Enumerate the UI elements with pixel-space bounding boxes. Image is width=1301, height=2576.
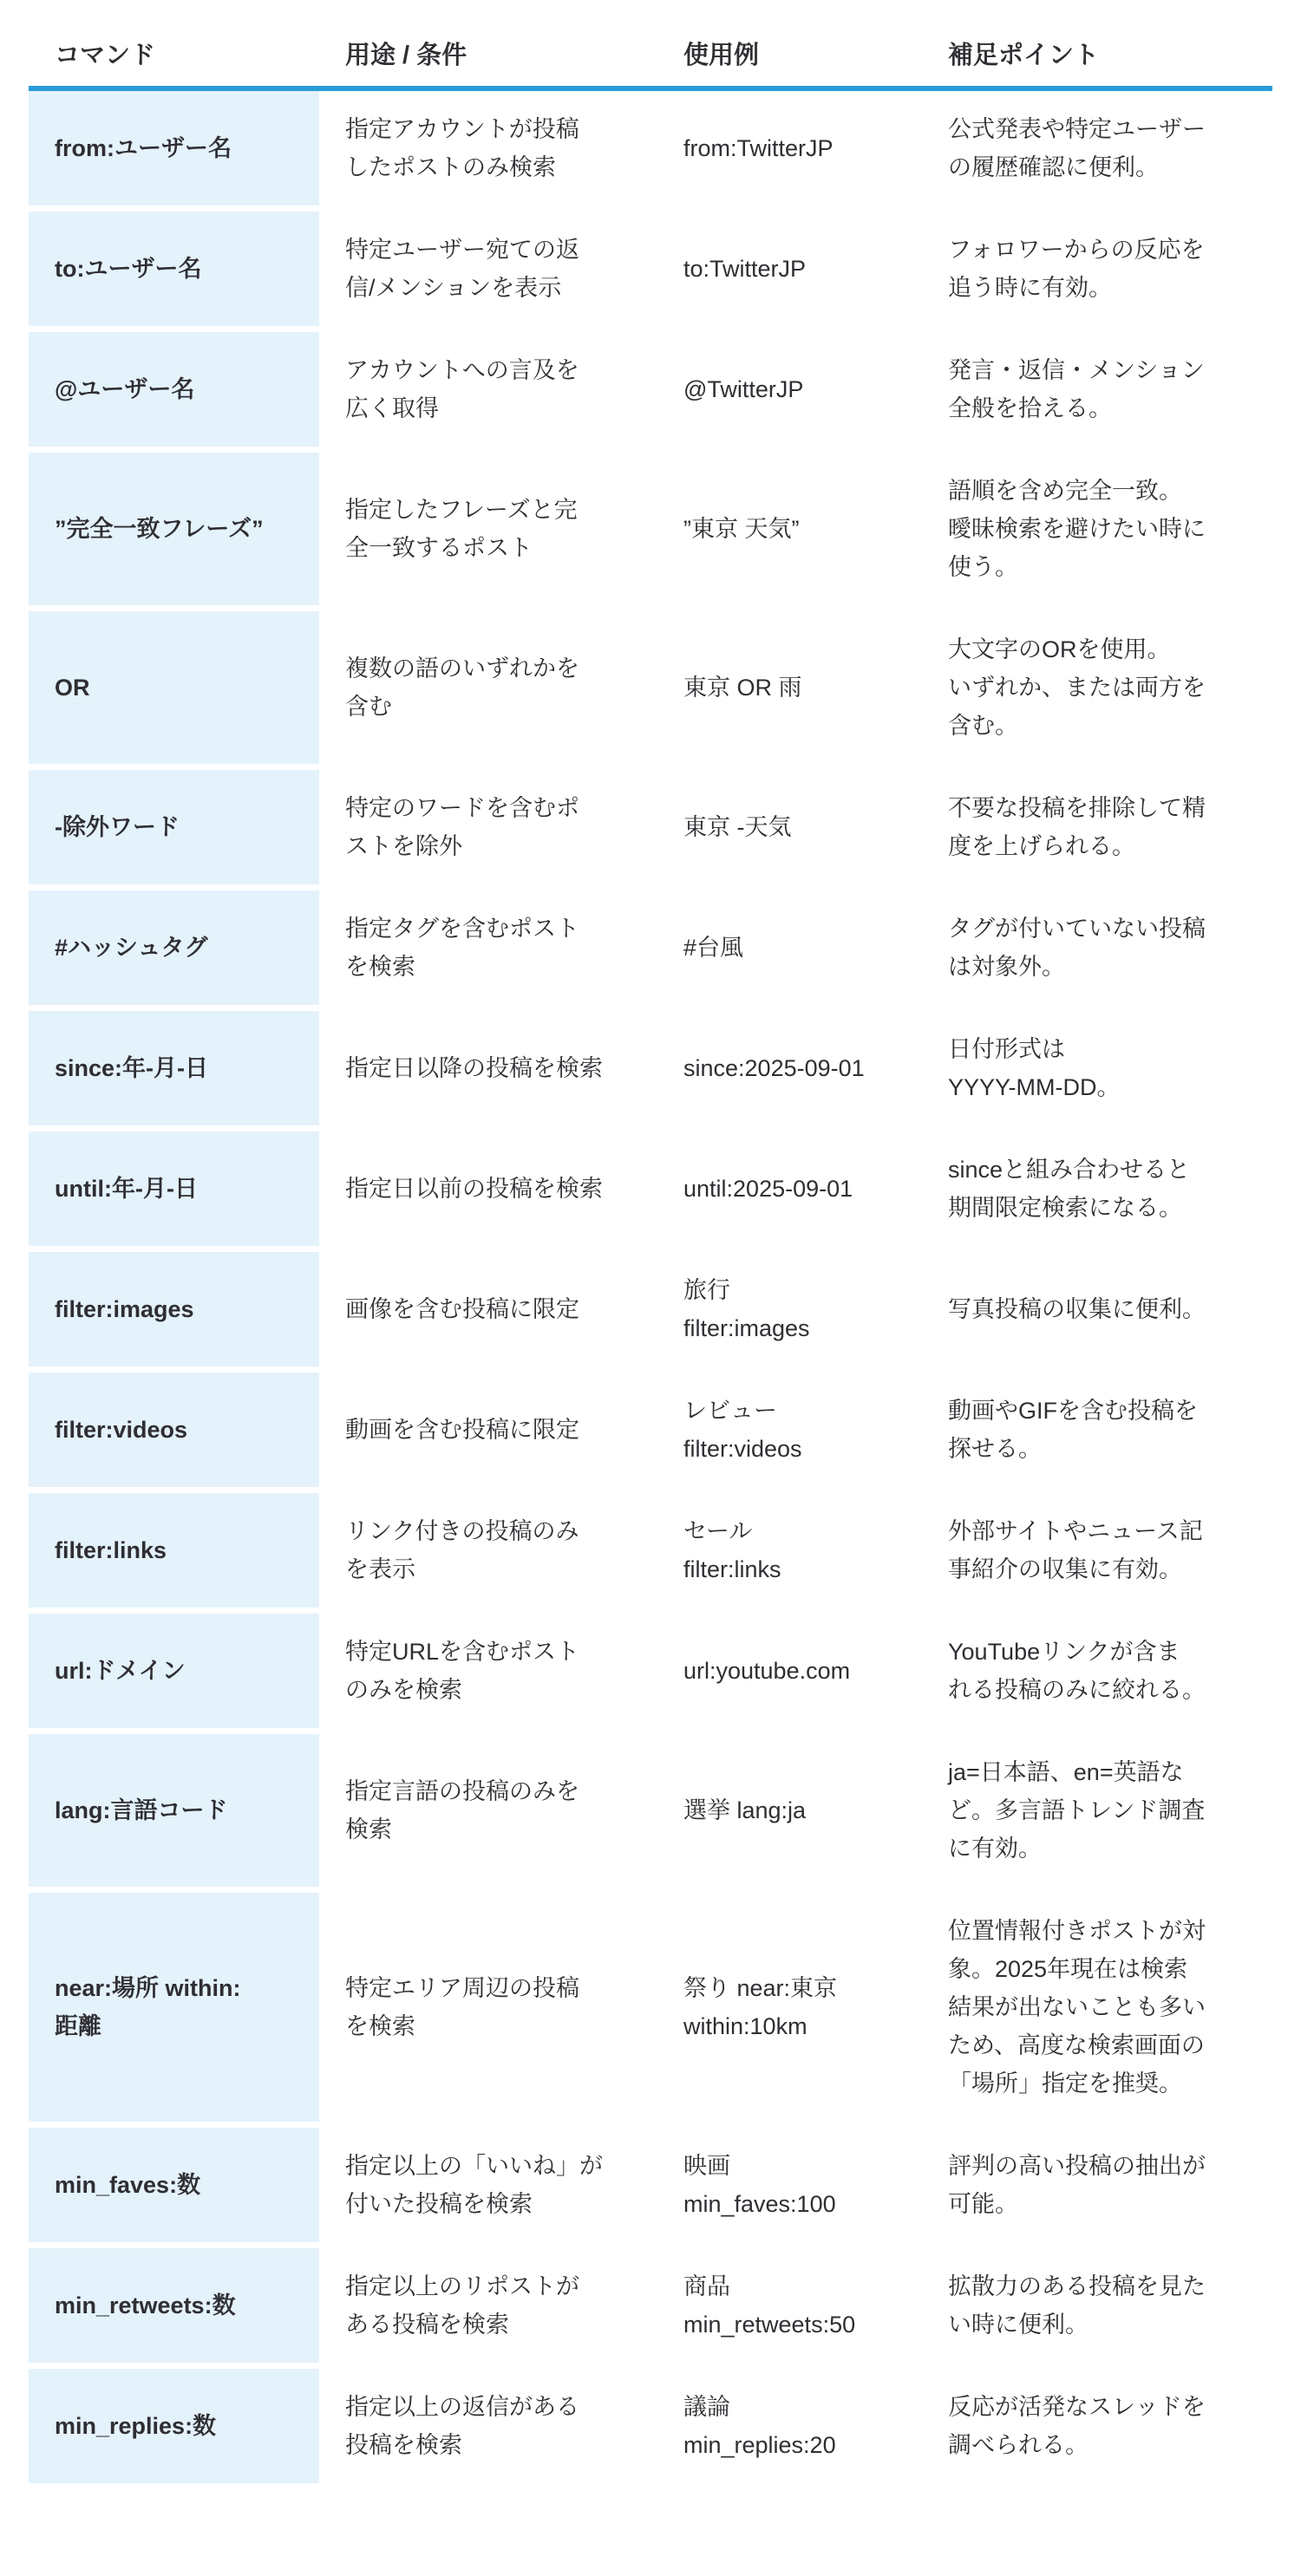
table-row: min_faves:数 指定以上の「いいね」が 付いた投稿を検索 映画 min_… (29, 2125, 1272, 2246)
table-row: -除外ワード 特定のワードを含むポ ストを除外 東京 -天気 不要な投稿を排除し… (29, 767, 1272, 888)
usage-cell: 特定ユーザー宛ての返 信/メンションを表示 (319, 209, 657, 329)
example-cell: 商品 min_retweets:50 (657, 2246, 922, 2366)
note-cell: 評判の高い投稿の抽出が 可能。 (922, 2125, 1272, 2246)
usage-cell: 指定タグを含むポスト を検索 (319, 888, 657, 1008)
example-cell: レビュー filter:videos (657, 1370, 922, 1490)
usage-cell: 特定のワードを含むポ ストを除外 (319, 767, 657, 888)
usage-cell: 指定日以前の投稿を検索 (319, 1129, 657, 1249)
usage-cell: 特定エリア周辺の投稿 を検索 (319, 1890, 657, 2125)
table-row: from:ユーザー名 指定アカウントが投稿 したポストのみ検索 from:Twi… (29, 88, 1272, 209)
example-cell: ”東京 天気” (657, 450, 922, 609)
table-row: filter:images 画像を含む投稿に限定 旅行 filter:image… (29, 1249, 1272, 1370)
command-cell: OR (29, 609, 319, 767)
command-cell: min_replies:数 (29, 2366, 319, 2487)
command-cell: #ハッシュタグ (29, 888, 319, 1008)
example-cell: セール filter:links (657, 1490, 922, 1611)
table-row: url:ドメイン 特定URLを含むポスト のみを検索 url:youtube.c… (29, 1611, 1272, 1731)
header-example: 使用例 (657, 0, 922, 88)
note-cell: 大文字のORを使用。 いずれか、または両方を 含む。 (922, 609, 1272, 767)
table-header: コマンド 用途 / 条件 使用例 補足ポイント (29, 0, 1272, 88)
command-cell: filter:videos (29, 1370, 319, 1490)
table-row: @ユーザー名 アカウントへの言及を 広く取得 @TwitterJP 発言・返信・… (29, 329, 1272, 450)
note-cell: フォロワーからの反応を 追う時に有効。 (922, 209, 1272, 329)
usage-cell: 指定以上の返信がある 投稿を検索 (319, 2366, 657, 2487)
command-cell: lang:言語コード (29, 1731, 319, 1890)
note-cell: 外部サイトやニュース記 事紹介の収集に有効。 (922, 1490, 1272, 1611)
example-cell: #台風 (657, 888, 922, 1008)
example-cell: 旅行 filter:images (657, 1249, 922, 1370)
usage-cell: 指定アカウントが投稿 したポストのみ検索 (319, 88, 657, 209)
command-cell: @ユーザー名 (29, 329, 319, 450)
note-cell: 位置情報付きポストが対 象。2025年現在は検索 結果が出ないことも多い ため、… (922, 1890, 1272, 2125)
command-cell: -除外ワード (29, 767, 319, 888)
table-row: filter:videos 動画を含む投稿に限定 レビュー filter:vid… (29, 1370, 1272, 1490)
usage-cell: 指定したフレーズと完 全一致するポスト (319, 450, 657, 609)
header-row: コマンド 用途 / 条件 使用例 補足ポイント (29, 0, 1272, 88)
note-cell: 公式発表や特定ユーザー の履歴確認に便利。 (922, 88, 1272, 209)
header-command: コマンド (29, 0, 319, 88)
table-row: ”完全一致フレーズ” 指定したフレーズと完 全一致するポスト ”東京 天気” 語… (29, 450, 1272, 609)
header-usage: 用途 / 条件 (319, 0, 657, 88)
command-cell: from:ユーザー名 (29, 88, 319, 209)
example-cell: 東京 -天気 (657, 767, 922, 888)
command-cell: ”完全一致フレーズ” (29, 450, 319, 609)
usage-cell: 複数の語のいずれかを 含む (319, 609, 657, 767)
note-cell: 拡散力のある投稿を見た い時に便利。 (922, 2246, 1272, 2366)
example-cell: until:2025-09-01 (657, 1129, 922, 1249)
header-note: 補足ポイント (922, 0, 1272, 88)
usage-cell: 画像を含む投稿に限定 (319, 1249, 657, 1370)
command-cell: filter:images (29, 1249, 319, 1370)
table-row: OR 複数の語のいずれかを 含む 東京 OR 雨 大文字のORを使用。 いずれか… (29, 609, 1272, 767)
table-row: near:場所 within: 距離 特定エリア周辺の投稿 を検索 祭り nea… (29, 1890, 1272, 2125)
example-cell: 選挙 lang:ja (657, 1731, 922, 1890)
table-row: #ハッシュタグ 指定タグを含むポスト を検索 #台風 タグが付いていない投稿 は… (29, 888, 1272, 1008)
table-row: to:ユーザー名 特定ユーザー宛ての返 信/メンションを表示 to:Twitte… (29, 209, 1272, 329)
note-cell: 日付形式は YYYY-MM-DD。 (922, 1008, 1272, 1129)
note-cell: sinceと組み合わせると 期間限定検索になる。 (922, 1129, 1272, 1249)
table-row: until:年-月-日 指定日以前の投稿を検索 until:2025-09-01… (29, 1129, 1272, 1249)
note-cell: 反応が活発なスレッドを 調べられる。 (922, 2366, 1272, 2487)
note-cell: 発言・返信・メンション 全般を拾える。 (922, 329, 1272, 450)
note-cell: ja=日本語、en=英語な ど。多言語トレンド調査 に有効。 (922, 1731, 1272, 1890)
table-row: min_retweets:数 指定以上のリポストが ある投稿を検索 商品 min… (29, 2246, 1272, 2366)
example-cell: 祭り near:東京 within:10km (657, 1890, 922, 2125)
command-cell: min_faves:数 (29, 2125, 319, 2246)
usage-cell: 特定URLを含むポスト のみを検索 (319, 1611, 657, 1731)
usage-cell: アカウントへの言及を 広く取得 (319, 329, 657, 450)
table-row: lang:言語コード 指定言語の投稿のみを 検索 選挙 lang:ja ja=日… (29, 1731, 1272, 1890)
search-commands-table: コマンド 用途 / 条件 使用例 補足ポイント from:ユーザー名 指定アカウ… (29, 0, 1272, 2489)
table-row: min_replies:数 指定以上の返信がある 投稿を検索 議論 min_re… (29, 2366, 1272, 2487)
usage-cell: リンク付きの投稿のみ を表示 (319, 1490, 657, 1611)
note-cell: 語順を含め完全一致。 曖昧検索を避けたい時に 使う。 (922, 450, 1272, 609)
command-cell: min_retweets:数 (29, 2246, 319, 2366)
usage-cell: 指定言語の投稿のみを 検索 (319, 1731, 657, 1890)
table-body: from:ユーザー名 指定アカウントが投稿 したポストのみ検索 from:Twi… (29, 88, 1272, 2487)
table-row: filter:links リンク付きの投稿のみ を表示 セール filter:l… (29, 1490, 1272, 1611)
command-cell: near:場所 within: 距離 (29, 1890, 319, 2125)
note-cell: タグが付いていない投稿 は対象外。 (922, 888, 1272, 1008)
note-cell: 不要な投稿を排除して精 度を上げられる。 (922, 767, 1272, 888)
example-cell: 議論 min_replies:20 (657, 2366, 922, 2487)
table-row: since:年-月-日 指定日以降の投稿を検索 since:2025-09-01… (29, 1008, 1272, 1129)
command-cell: filter:links (29, 1490, 319, 1611)
command-cell: to:ユーザー名 (29, 209, 319, 329)
example-cell: to:TwitterJP (657, 209, 922, 329)
command-cell: since:年-月-日 (29, 1008, 319, 1129)
example-cell: from:TwitterJP (657, 88, 922, 209)
note-cell: 動画やGIFを含む投稿を 探せる。 (922, 1370, 1272, 1490)
note-cell: 写真投稿の収集に便利。 (922, 1249, 1272, 1370)
command-cell: url:ドメイン (29, 1611, 319, 1731)
example-cell: 映画 min_faves:100 (657, 2125, 922, 2246)
example-cell: 東京 OR 雨 (657, 609, 922, 767)
usage-cell: 指定日以降の投稿を検索 (319, 1008, 657, 1129)
usage-cell: 指定以上のリポストが ある投稿を検索 (319, 2246, 657, 2366)
usage-cell: 指定以上の「いいね」が 付いた投稿を検索 (319, 2125, 657, 2246)
example-cell: @TwitterJP (657, 329, 922, 450)
usage-cell: 動画を含む投稿に限定 (319, 1370, 657, 1490)
command-cell: until:年-月-日 (29, 1129, 319, 1249)
note-cell: YouTubeリンクが含ま れる投稿のみに絞れる。 (922, 1611, 1272, 1731)
example-cell: url:youtube.com (657, 1611, 922, 1731)
example-cell: since:2025-09-01 (657, 1008, 922, 1129)
